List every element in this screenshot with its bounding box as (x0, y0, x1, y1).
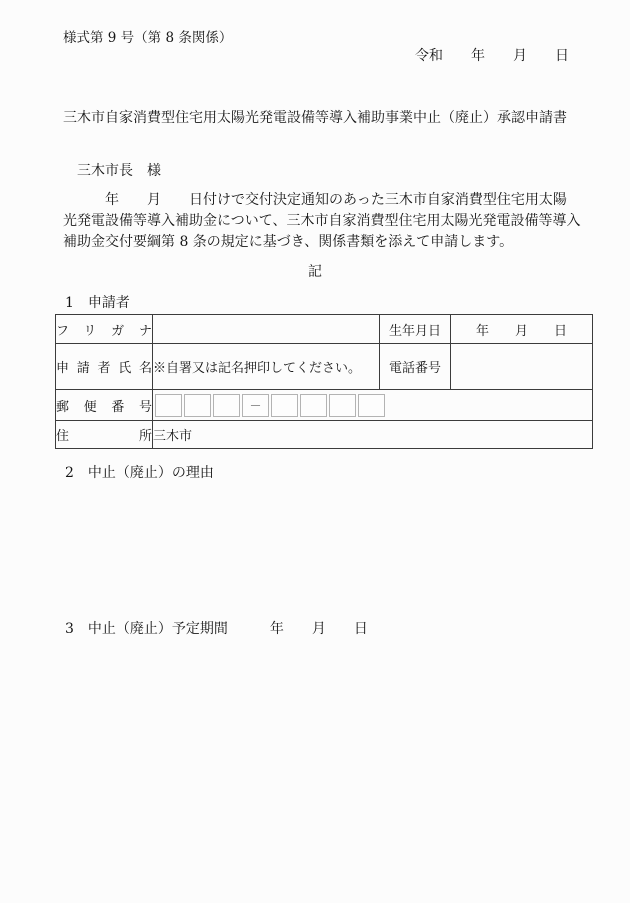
postal-code-cell: － (153, 390, 593, 421)
table-row-name: 申請者氏名 ※自署又は記名押印してください。 電話番号 (56, 344, 593, 390)
furigana-value-cell (153, 315, 380, 344)
body-paragraph: 年 月 日付けで交付決定通知のあった三木市自家消費型住宅用太陽 光発電設備等導入… (63, 190, 587, 253)
postal-digit-box (213, 394, 240, 417)
address-value-cell: 三木市 (153, 421, 593, 449)
section-2-heading: 2 中止（廃止）の理由 (65, 462, 214, 482)
postal-code-label: 郵便番号 (56, 390, 153, 421)
address-label: 住所 (56, 421, 153, 449)
section-3-heading: 3 中止（廃止）予定期間 年 月 日 (65, 618, 368, 638)
birthdate-value-cell: 年 月 日 (451, 315, 593, 344)
postal-digit-box (300, 394, 327, 417)
applicant-table: フリガナ 生年月日 年 月 日 申請者氏名 ※自署又は記名押印してください。 電… (55, 314, 593, 449)
postal-code-boxes: － (155, 394, 592, 417)
table-row-address: 住所 三木市 (56, 421, 593, 449)
document-title: 三木市自家消費型住宅用太陽光発電設備等導入補助事業中止（廃止）承認申請書 (63, 107, 575, 127)
furigana-label: フリガナ (56, 315, 153, 344)
birthdate-label: 生年月日 (380, 315, 451, 344)
table-row-postal: 郵便番号 － (56, 390, 593, 421)
form-code: 様式第 9 号（第 8 条関係） (63, 26, 232, 46)
postal-digit-box (358, 394, 385, 417)
section-1-heading: 1 申請者 (65, 292, 130, 312)
document-page: 様式第 9 号（第 8 条関係） 令和 年 月 日 三木市自家消費型住宅用太陽光… (0, 0, 630, 903)
name-signature-note: ※自署又は記名押印してください。 (153, 344, 380, 390)
ki-label: 記 (0, 261, 630, 281)
phone-value-cell (451, 344, 593, 390)
applicant-name-label: 申請者氏名 (56, 344, 153, 390)
issue-date-line: 令和 年 月 日 (415, 45, 569, 65)
postal-separator-box: － (242, 394, 269, 417)
table-row-furigana: フリガナ 生年月日 年 月 日 (56, 315, 593, 344)
postal-digit-box (329, 394, 356, 417)
phone-label: 電話番号 (380, 344, 451, 390)
postal-digit-box (271, 394, 298, 417)
postal-digit-box (184, 394, 211, 417)
postal-digit-box (155, 394, 182, 417)
addressee-line: 三木市長 様 (77, 160, 161, 180)
